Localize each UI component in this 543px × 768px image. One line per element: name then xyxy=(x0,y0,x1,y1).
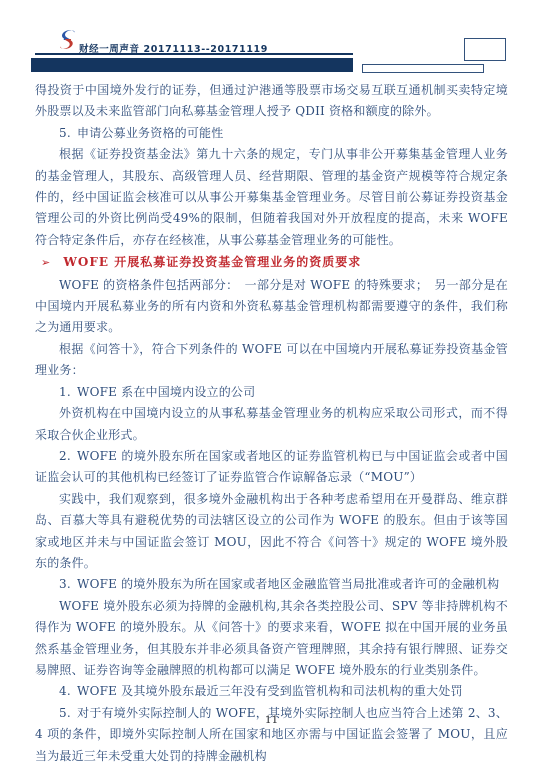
body-paragraph: 得投资于中国境外发行的证券，但通过沪港通等股票市场交易互联互通机制买卖特定境外股… xyxy=(35,80,508,123)
header-rule xyxy=(35,53,353,55)
body-paragraph: 3. WOFE 的境外股东为所在国家或者地区金融监管当局批准或者许可的金融机构 xyxy=(35,574,508,595)
section-heading-text: WOFE 开展私募证券投资基金管理业务的资质要求 xyxy=(63,252,361,273)
body-paragraph: 5. 申请公募业务资格的可能性 xyxy=(35,123,508,144)
body-paragraph: 2. WOFE 的境外股东所在国家或者地区的证券监管机构已与中国证监会或者中国证… xyxy=(35,446,508,489)
body-paragraph: WOFE 的资格条件包括两部分： 一部分是对 WOFE 的特殊要求； 另一部分是… xyxy=(35,275,508,339)
document-page: 财经一周声音 20171113--20171119 得投资于中国境外发行的证券，… xyxy=(0,0,543,768)
page-number: 11 xyxy=(0,714,543,726)
body-paragraph: 5. 对于有境外实际控制人的 WOFE，其境外实际控制人也应当符合上述第 2、3… xyxy=(35,703,508,767)
decorative-outline-rect-top xyxy=(464,38,506,61)
section-heading: ➢ WOFE 开展私募证券投资基金管理业务的资质要求 xyxy=(35,252,508,273)
body-paragraph: 根据《证券投资基金法》第九十六条的规定，专门从事非公开募集基金管理人业务的基金管… xyxy=(35,144,508,251)
body-paragraph: 4. WOFE 及其境外股东最近三年没有受到监管机构和司法机构的重大处罚 xyxy=(35,681,508,702)
decorative-outline-rect-bottom xyxy=(362,64,484,73)
page-body: 得投资于中国境外发行的证券，但通过沪港通等股票市场交易互联互通机制买卖特定境外股… xyxy=(35,80,508,767)
arrow-bullet-icon: ➢ xyxy=(41,252,50,273)
body-paragraph: 实践中，我们观察到，很多境外金融机构出于各种考虑希望用在开曼群岛、维京群岛、百慕… xyxy=(35,489,508,575)
body-paragraph: 1. WOFE 系在中国境内设立的公司 xyxy=(35,382,508,403)
body-paragraph: 根据《问答十》，符合下列条件的 WOFE 可以在中国境内开展私募证券投资基金管理… xyxy=(35,339,508,382)
brand-logo-icon xyxy=(56,29,76,51)
body-paragraph: WOFE 境外股东必须为持牌的金融机构,其余各类控股公司、SPV 等非持牌机构不… xyxy=(35,596,508,682)
header-navy-bar xyxy=(31,58,353,72)
body-paragraph: 外资机构在中国境内设立的从事私募基金管理业务的机构应采取公司形式，而不得采取合伙… xyxy=(35,403,508,446)
